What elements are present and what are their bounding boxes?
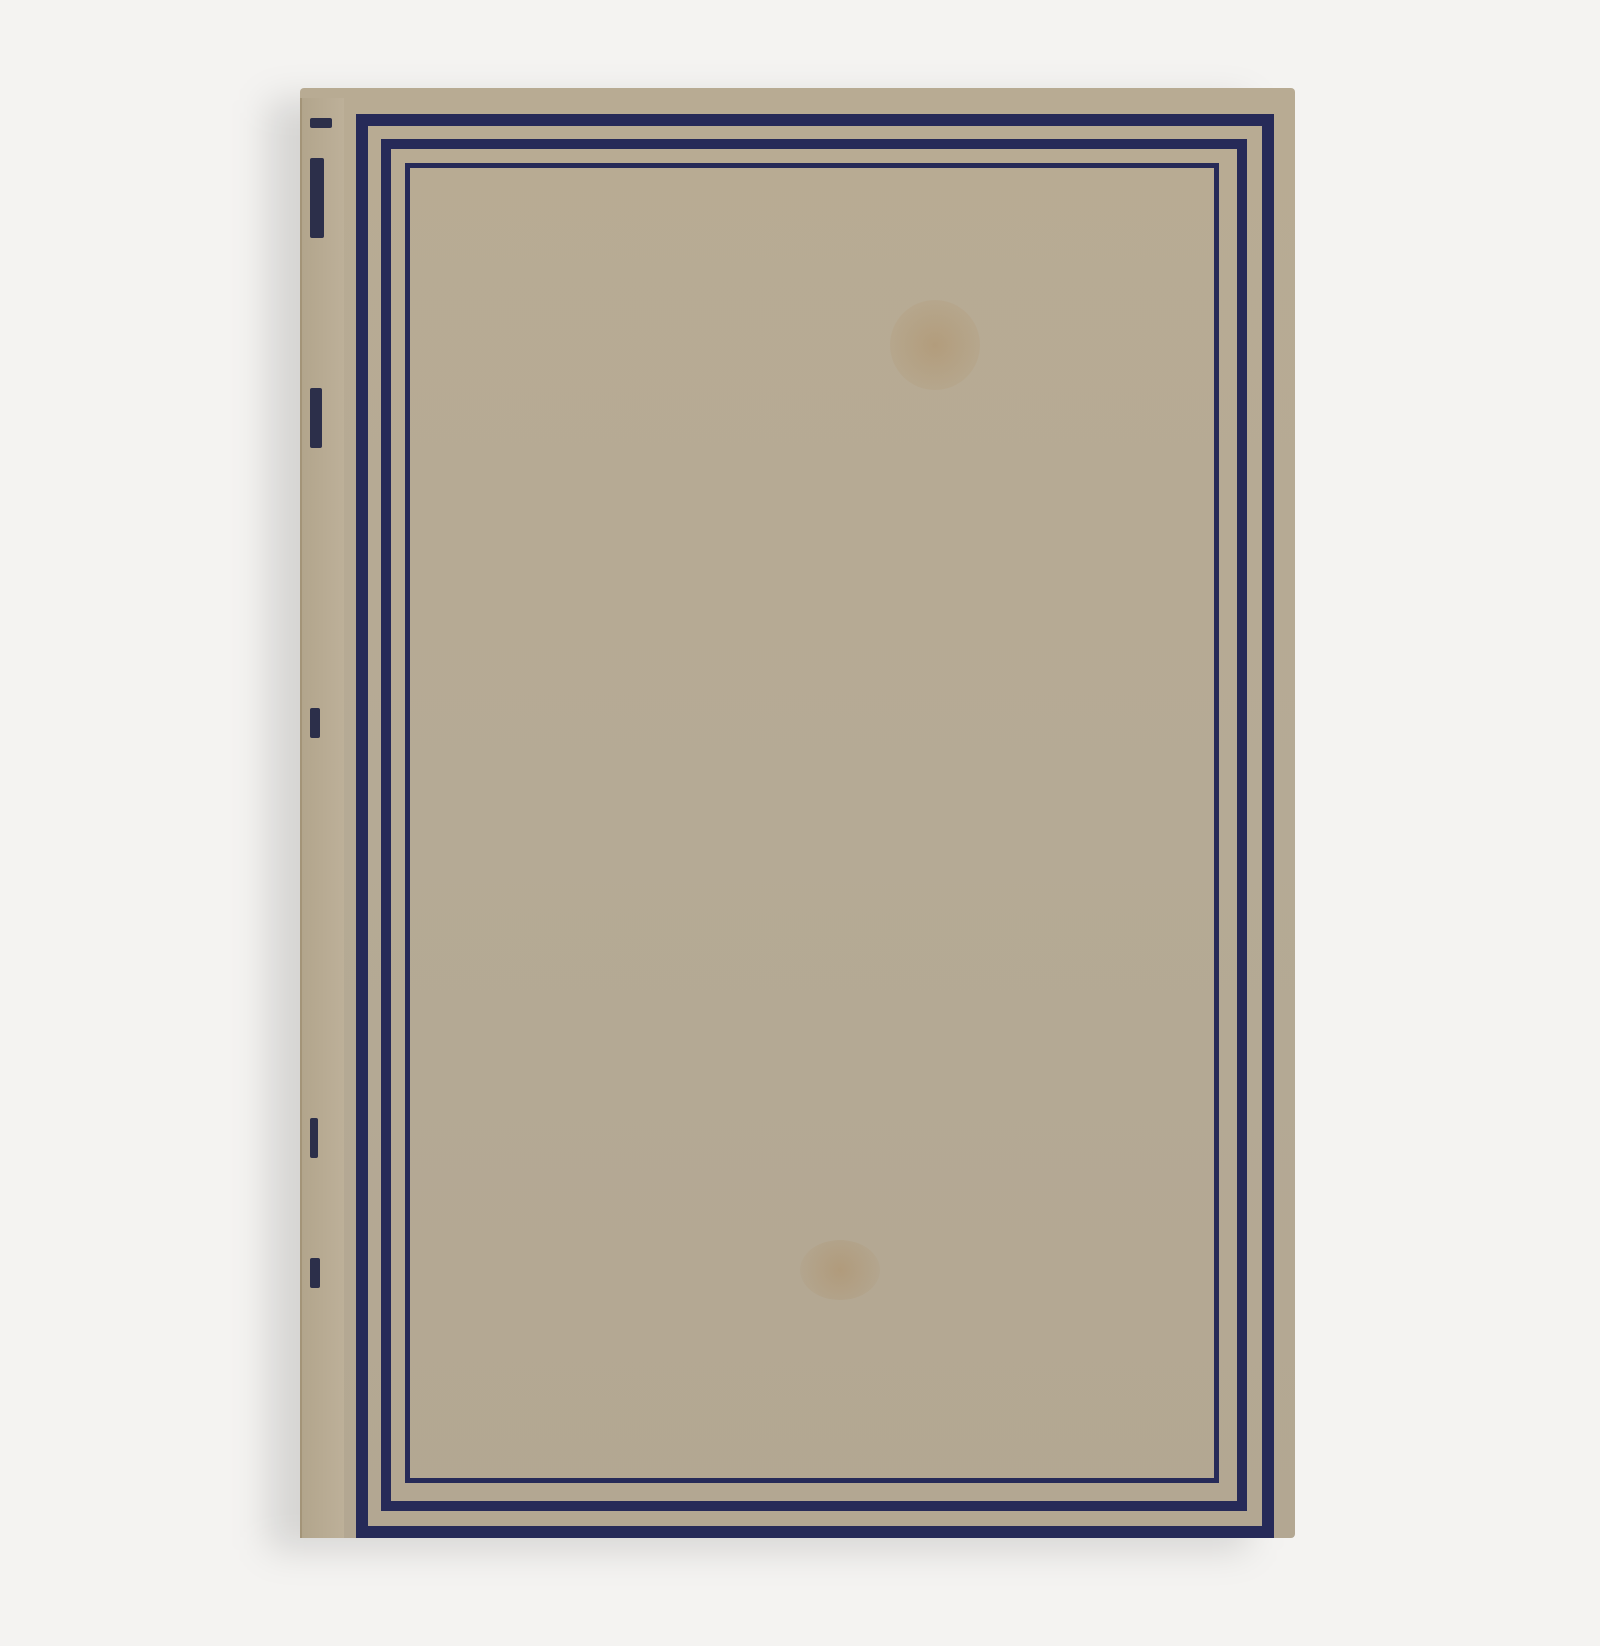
spine-ornament: [310, 388, 322, 448]
book-spine: [300, 98, 344, 1538]
spine-ornament: [310, 708, 320, 738]
cover-stain: [800, 1240, 880, 1300]
spine-ornament: [310, 1118, 318, 1158]
spine-ornament: [310, 158, 324, 238]
spine-ornament: [310, 118, 332, 128]
spine-ornament: [310, 1258, 320, 1288]
cover-stain: [890, 300, 980, 390]
